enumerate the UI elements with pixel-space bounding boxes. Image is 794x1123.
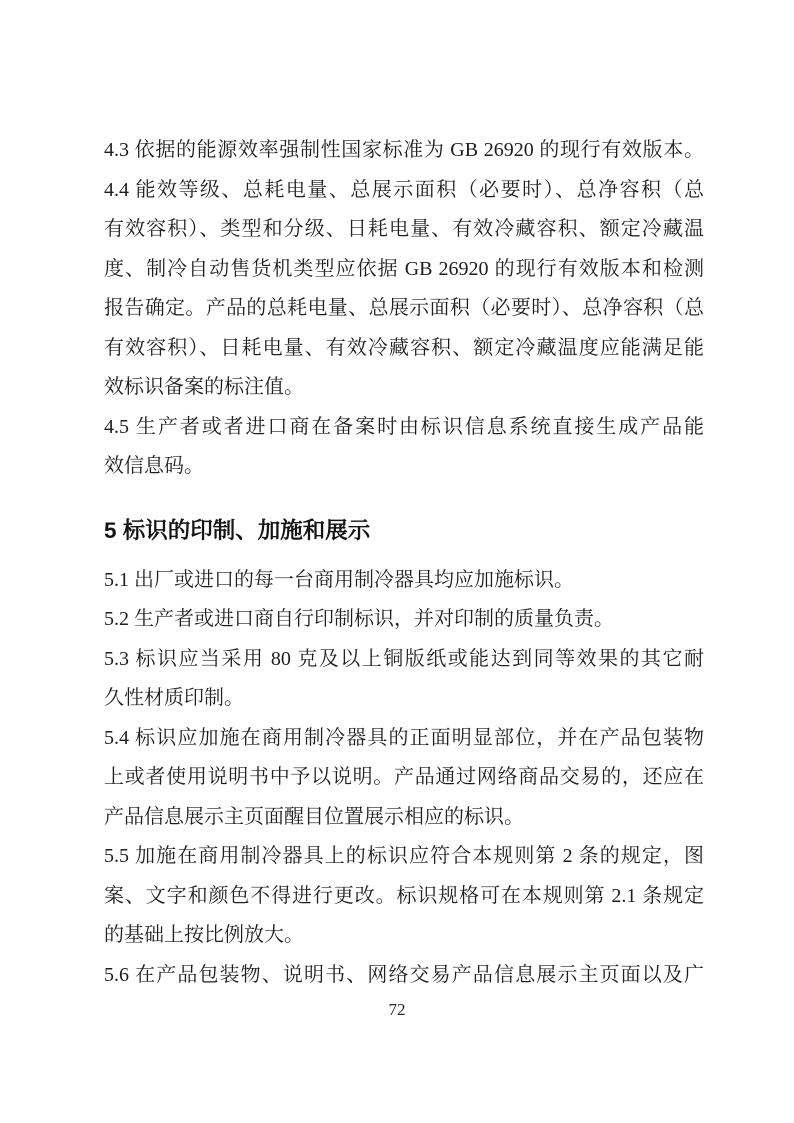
text-line: 报告确定。产品的总耗电量、总展示面积（必要时）、总净容积（总 — [104, 289, 704, 329]
text-line: 4.4 能效等级、总耗电量、总展示面积（必要时）、总净容积（总 — [104, 171, 704, 211]
document-body: 4.3 依据的能源效率强制性国家标准为 GB 26920 的现行有效版本。4.4… — [104, 131, 704, 995]
section-heading: 5 标识的印制、加施和展示 — [104, 509, 704, 553]
text-line: 4.3 依据的能源效率强制性国家标准为 GB 26920 的现行有效版本。 — [104, 131, 704, 171]
page-number: 72 — [0, 1000, 794, 1020]
text-line: 5.4 标识应加施在商用制冷器具的正面明显部位，并在产品包装物 — [104, 719, 704, 759]
text-line: 上或者使用说明书中予以说明。产品通过网络商品交易的，还应在 — [104, 758, 704, 798]
text-line: 效标识备案的标注值。 — [104, 368, 704, 408]
text-line: 5.5 加施在商用制冷器具上的标识应符合本规则第 2 条的规定，图 — [104, 837, 704, 877]
text-line: 久性材质印制。 — [104, 679, 704, 719]
text-line: 有效容积）、类型和分级、日耗电量、有效冷藏容积、额定冷藏温 — [104, 210, 704, 250]
document-page: 4.3 依据的能源效率强制性国家标准为 GB 26920 的现行有效版本。4.4… — [0, 0, 794, 1123]
text-line: 效信息码。 — [104, 447, 704, 487]
text-line: 5.1 出厂或进口的每一台商用制冷器具均应加施标识。 — [104, 561, 704, 601]
text-line: 4.5 生产者或者进口商在备案时由标识信息系统直接生成产品能 — [104, 408, 704, 448]
text-line: 5.6 在产品包装物、说明书、网络交易产品信息展示主页面以及广 — [104, 956, 704, 996]
text-line: 5.2 生产者或进口商自行印制标识，并对印制的质量负责。 — [104, 600, 704, 640]
text-line: 5.3 标识应当采用 80 克及以上铜版纸或能达到同等效果的其它耐 — [104, 640, 704, 680]
text-line: 度、制冷自动售货机类型应依据 GB 26920 的现行有效版本和检测 — [104, 250, 704, 290]
text-line: 有效容积）、日耗电量、有效冷藏容积、额定冷藏温度应能满足能 — [104, 329, 704, 369]
text-line: 的基础上按比例放大。 — [104, 916, 704, 956]
text-line: 产品信息展示主页面醒目位置展示相应的标识。 — [104, 798, 704, 838]
text-line: 案、文字和颜色不得进行更改。标识规格可在本规则第 2.1 条规定 — [104, 877, 704, 917]
